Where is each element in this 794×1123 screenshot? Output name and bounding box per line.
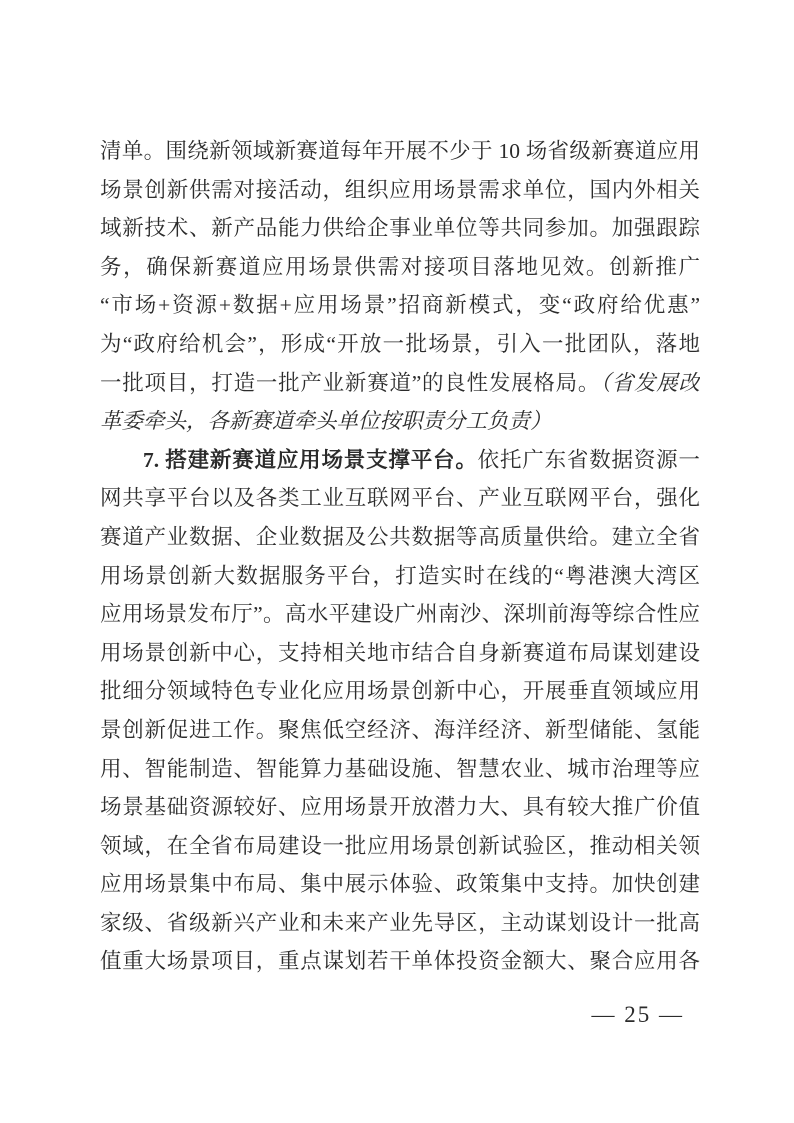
attribution-segment: 革委牵头，各新赛道牵头单位按职责分工负责） (100, 409, 552, 433)
text-line: 清单。围绕新领域新赛道每年开展不少于 10 场省级新赛道应用 (100, 132, 700, 171)
text-segment: 域新技术、新产品能力供给企事业单位等共同参加。加强跟踪服 (100, 216, 700, 248)
text-segment: 用场景创新中心，支持相关地市结合自身新赛道布局谋划建设一 (100, 641, 700, 673)
text-segment: 场景创新供需对接活动，组织应用场景需求单位，国内外相关领 (100, 178, 700, 210)
text-line: 应用场景集中布局、集中展示体验、政策集中支持。加快创建国 (100, 865, 700, 904)
document-page: 清单。围绕新领域新赛道每年开展不少于 10 场省级新赛道应用 场景创新供需对接活… (0, 0, 794, 1123)
text-line: 为“政府给机会”，形成“开放一批场景，引入一批团队，落地 (100, 325, 700, 364)
text-line: 家级、省级新兴产业和未来产业先导区，主动谋划设计一批高价 (100, 904, 700, 943)
text-line: 值重大场景项目，重点谋划若干单体投资金额大、聚合应用各类 (100, 942, 700, 981)
text-segment: 网共享平台以及各类工业互联网平台、产业互联网平台，强化新 (100, 486, 700, 518)
text-segment: 应用场景发布厅”。高水平建设广州南沙、深圳前海等综合性应 (100, 602, 700, 626)
text-segment: 场景基础资源较好、应用场景开放潜力大、具有较大推广价值的 (100, 795, 700, 827)
text-line: 务，确保新赛道应用场景供需对接项目落地见效。创新推广 (100, 248, 700, 287)
text-segment: 务，确保新赛道应用场景供需对接项目落地见效。创新推广 (100, 255, 700, 279)
section-heading-segment: 7. 搭建新赛道应用场景支撑平台。 (143, 448, 478, 472)
text-segment: “市场+资源+数据+应用场景”招商新模式，变“政府给优惠” (100, 293, 700, 317)
text-segment: 家级、省级新兴产业和未来产业先导区，主动谋划设计一批高价 (100, 911, 700, 943)
page-number: — 25 — (592, 1000, 685, 1030)
text-segment: 景创新促进工作。聚焦低空经济、海洋经济、新型储能、氢能利 (100, 718, 700, 750)
text-segment: 批细分领域特色专业化应用场景创新中心，开展垂直领域应用场 (100, 679, 700, 711)
text-line: 一批项目，打造一批产业新赛道”的良性发展格局。（省发展改 (100, 364, 700, 403)
text-segment: 用场景创新大数据服务平台，打造实时在线的“粤港澳大湾区 (100, 564, 700, 588)
text-line: “市场+资源+数据+应用场景”招商新模式，变“政府给优惠” (100, 286, 700, 325)
text-line: 用场景创新大数据服务平台，打造实时在线的“粤港澳大湾区 (100, 557, 700, 596)
text-segment: 赛道产业数据、企业数据及公共数据等高质量供给。建立全省应 (100, 525, 700, 557)
text-line: 域新技术、新产品能力供给企事业单位等共同参加。加强跟踪服 (100, 209, 700, 248)
text-segment: 应用场景集中布局、集中展示体验、政策集中支持。加快创建国 (100, 872, 700, 904)
text-segment: 领域，在全省布局建设一批应用场景创新试验区，推动相关领域 (100, 834, 700, 866)
text-line: 批细分领域特色专业化应用场景创新中心，开展垂直领域应用场 (100, 672, 700, 711)
text-line: 场景基础资源较好、应用场景开放潜力大、具有较大推广价值的 (100, 788, 700, 827)
text-line-attribution: 革委牵头，各新赛道牵头单位按职责分工负责） (100, 402, 700, 441)
text-line: 领域，在全省布局建设一批应用场景创新试验区，推动相关领域 (100, 827, 700, 866)
text-segment: 清单。围绕新领域新赛道每年开展不少于 10 场省级新赛道应用 (100, 139, 700, 163)
text-segment: 值重大场景项目，重点谋划若干单体投资金额大、聚合应用各类 (100, 949, 700, 981)
text-segment: 依托广东省数据资源一 (478, 448, 700, 472)
text-segment: 一批项目，打造一批产业新赛道”的良性发展格局。 (100, 371, 600, 395)
text-line: 景创新促进工作。聚焦低空经济、海洋经济、新型储能、氢能利 (100, 711, 700, 750)
document-body-text: 清单。围绕新领域新赛道每年开展不少于 10 场省级新赛道应用 场景创新供需对接活… (100, 132, 700, 981)
text-line: 应用场景发布厅”。高水平建设广州南沙、深圳前海等综合性应 (100, 595, 700, 634)
text-line: 网共享平台以及各类工业互联网平台、产业互联网平台，强化新 (100, 479, 700, 518)
text-line: 用场景创新中心，支持相关地市结合自身新赛道布局谋划建设一 (100, 634, 700, 673)
text-line-heading: 7. 搭建新赛道应用场景支撑平台。依托广东省数据资源一 (100, 441, 700, 480)
text-line: 赛道产业数据、企业数据及公共数据等高质量供给。建立全省应 (100, 518, 700, 557)
attribution-segment: （省发展改 (600, 371, 700, 395)
text-segment: 为“政府给机会”，形成“开放一批场景，引入一批团队，落地 (100, 332, 700, 356)
text-line: 用、智能制造、智能算力基础设施、智慧农业、城市治理等应用 (100, 750, 700, 789)
text-segment: 用、智能制造、智能算力基础设施、智慧农业、城市治理等应用 (100, 757, 700, 789)
text-line: 场景创新供需对接活动，组织应用场景需求单位，国内外相关领 (100, 171, 700, 210)
